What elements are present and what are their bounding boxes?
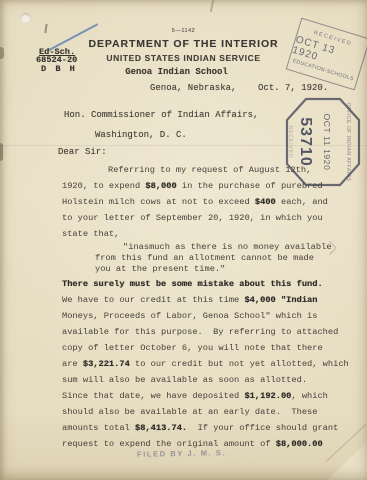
body-line: should also be available at an early dat…	[62, 404, 362, 420]
office-indian-affairs-stamp: OFFICE OF INDIAN AFFAIRS OCT 11 1920 537…	[284, 96, 362, 188]
body-text: 1920, to expend	[62, 181, 145, 191]
filed-by-stamp: FILED BY J. M. S.	[137, 448, 226, 459]
body-line: to your letter of September 20, 1920, in…	[62, 210, 362, 226]
body-line: sum will also be available as soon as al…	[62, 372, 362, 388]
emphasized-amount: $3,221.74	[83, 359, 130, 369]
recipient-name: Hon. Commissioner of Indian Affairs,	[64, 110, 258, 120]
stamp-office-name: OFFICE OF INDIAN AFFAIRS	[345, 102, 351, 181]
body-line: state that,	[62, 226, 362, 242]
body-line: amounts total $8,413.74. If your office …	[62, 420, 362, 436]
stamp-office-received: RECEIVED	[287, 126, 293, 159]
emphasized-amount: $8,413.74.	[135, 423, 187, 433]
body-line: Holstein milch cows at not to exceed $40…	[62, 194, 362, 210]
body-text: request to expend the original amount of	[62, 439, 276, 449]
salutation: Dear Sir:	[58, 147, 107, 157]
body-text: , which	[291, 391, 328, 401]
body-line: Moneys, Proceeds of Labor, Genoa School"…	[62, 308, 362, 324]
body-text: each, and	[276, 197, 328, 207]
body-text: We have to our credit at this time	[62, 295, 244, 305]
body-text: state that,	[62, 229, 119, 239]
body-text: from this fund an allotment cannot be ma…	[95, 253, 314, 263]
body-text: available for this purpose. By referring…	[62, 327, 338, 337]
emphasized-amount: $400	[255, 197, 276, 207]
body-text: There surely must be some mistake about …	[62, 279, 323, 289]
scanned-letter-page: Ed-Sch. 68524-20 D B H 5—1142 DEPARTMENT…	[0, 0, 367, 480]
body-text: "inasmuch as there is no money available	[123, 242, 332, 252]
body-line: from this fund an allotment cannot be ma…	[95, 253, 362, 264]
dateline: Genoa, Nebraska, Oct. 7, 1920.	[150, 83, 328, 93]
punch-hole	[20, 13, 31, 23]
body-text: to our credit but not yet allotted, whic…	[130, 359, 349, 369]
top-edge-tear-mark	[210, 0, 214, 12]
body-text: sum will also be available as soon as al…	[62, 375, 307, 385]
body-lines: Referring to my request of August 12th,1…	[62, 162, 362, 452]
body-line: We have to our credit at this time $4,00…	[62, 292, 362, 308]
body-line: are $3,221.74 to our credit but not yet …	[62, 356, 362, 372]
body-line: you at the present time."	[95, 264, 362, 275]
left-edge-shadow-mark	[0, 143, 3, 161]
body-line: copy of letter October 6, you will note …	[62, 340, 362, 356]
body-text: Referring to my request of August 12th,	[108, 165, 311, 175]
body-text: are	[62, 359, 83, 369]
emphasized-amount: $8,000	[145, 181, 176, 191]
emphasized-amount: $1,192.00	[244, 391, 291, 401]
body-text: Holstein milch cows at not to exceed	[62, 197, 255, 207]
body-text: to your letter of September 20, 1920, in…	[62, 213, 323, 223]
body-line: "inasmuch as there is no money available	[95, 242, 362, 253]
body-text: Moneys, Proceeds of Labor, Genoa School"…	[62, 311, 317, 321]
emphasized-amount: $4,000 "Indian	[244, 295, 317, 305]
body-text: copy of letter October 6, you will note …	[62, 343, 323, 353]
body-line: There surely must be some mistake about …	[62, 276, 362, 292]
body-line: available for this purpose. By referring…	[62, 324, 362, 340]
body-text: should also be available at an early dat…	[62, 407, 317, 417]
recipient-city: Washington, D. C.	[95, 130, 187, 140]
body-text: If your office should grant	[187, 423, 338, 433]
stamp-office-date: OCT 11 1920	[322, 114, 332, 171]
body-text: you at the present time."	[95, 264, 225, 274]
emphasized-amount: $8,000.00	[276, 439, 323, 449]
body-text: Since that date, we have deposited	[62, 391, 244, 401]
body-text: amounts total	[62, 423, 135, 433]
body-line: Since that date, we have deposited $1,19…	[62, 388, 362, 404]
stamp-file-number: 53710	[297, 117, 314, 167]
